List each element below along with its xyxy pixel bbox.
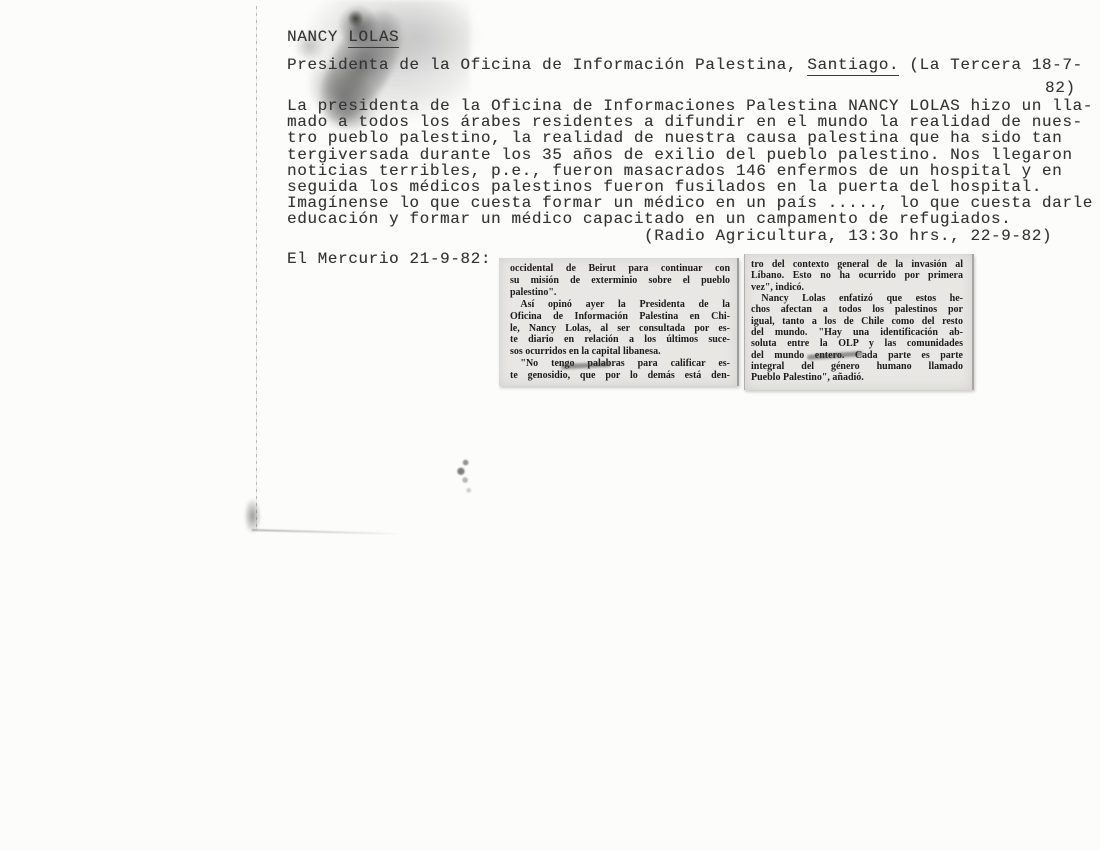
fold-end-smudge [244, 498, 261, 534]
clipping-line: chos afectan a todos los palestinos por [751, 304, 963, 315]
clipping-left-text: occidental de Beirut para continuar cons… [510, 263, 730, 382]
ink-blot-dot [348, 10, 363, 27]
clipping-line: palestino". [510, 287, 730, 299]
clipping-line: le, Nancy Lolas, al ser consultada por e… [510, 323, 730, 335]
header-source-continuation: 82) [287, 79, 1076, 97]
clipping-line: Nancy Lolas enfatizó que estos he- [751, 293, 963, 304]
clipping-line: sos ocurridos en la capital libanesa. [510, 346, 730, 358]
header-role-pre: Presidenta de la Oficina de Información … [287, 56, 807, 74]
clipping-line: soluta entre la OLP y las comunidades [751, 338, 963, 349]
clipping-line: Así opinó ayer la Presidenta de la [510, 299, 730, 311]
header-role-city: Santiago. [807, 56, 899, 76]
clipping-line: te diario en relación a los últimos suce… [510, 334, 730, 346]
header-name: NANCY LOLAS [287, 28, 399, 46]
scanned-document-page: NANCY LOLAS Presidenta de la Oficina de … [0, 0, 1100, 850]
clipping-line: integral del género humano llamado [751, 361, 963, 372]
header-name-underlined: LOLAS [348, 28, 399, 48]
typed-paragraph: La presidenta de la Oficina de Informaci… [287, 98, 1093, 244]
clipping-line: "No tengo palabras para calificar es- [510, 358, 730, 370]
clipping-line: occidental de Beirut para continuar con [510, 263, 730, 275]
fold-crease-line [252, 529, 402, 535]
header-role-line: Presidenta de la Oficina de Información … [287, 56, 1083, 74]
clipping-line: Líbano. Esto no ha ocurrido por primera [751, 270, 963, 281]
fold-line [256, 6, 257, 530]
clipping-line: vez", indicó. [751, 282, 963, 293]
clipping-right-text: tro del contexto general de la invasión … [751, 259, 963, 384]
pencil-mark [450, 458, 476, 496]
clipping-line: igual, tanto a los de Chile como del res… [751, 316, 963, 327]
clipping-line: te genosidio, que por lo demás está den- [510, 370, 730, 382]
header-role-source: (La Tercera 18-7- [899, 56, 1083, 74]
clipping-line: tro del contexto general de la invasión … [751, 259, 963, 270]
header-name-pre: NANCY [287, 28, 348, 46]
clipping-line: Pueblo Palestino", añadió. [751, 372, 963, 383]
clipping-line: Oficina de Información Palestina en Chi- [510, 311, 730, 323]
clipping-line: del mundo. "Hay una identificación ab- [751, 327, 963, 338]
clipping-line: su misión de exterminio sobre el pueblo [510, 275, 730, 287]
newspaper-clipping-left: occidental de Beirut para continuar cons… [499, 258, 739, 386]
newspaper-clipping-right: tro del contexto general de la invasión … [744, 254, 974, 390]
mercurio-source-label: El Mercurio 21-9-82: [287, 250, 491, 268]
